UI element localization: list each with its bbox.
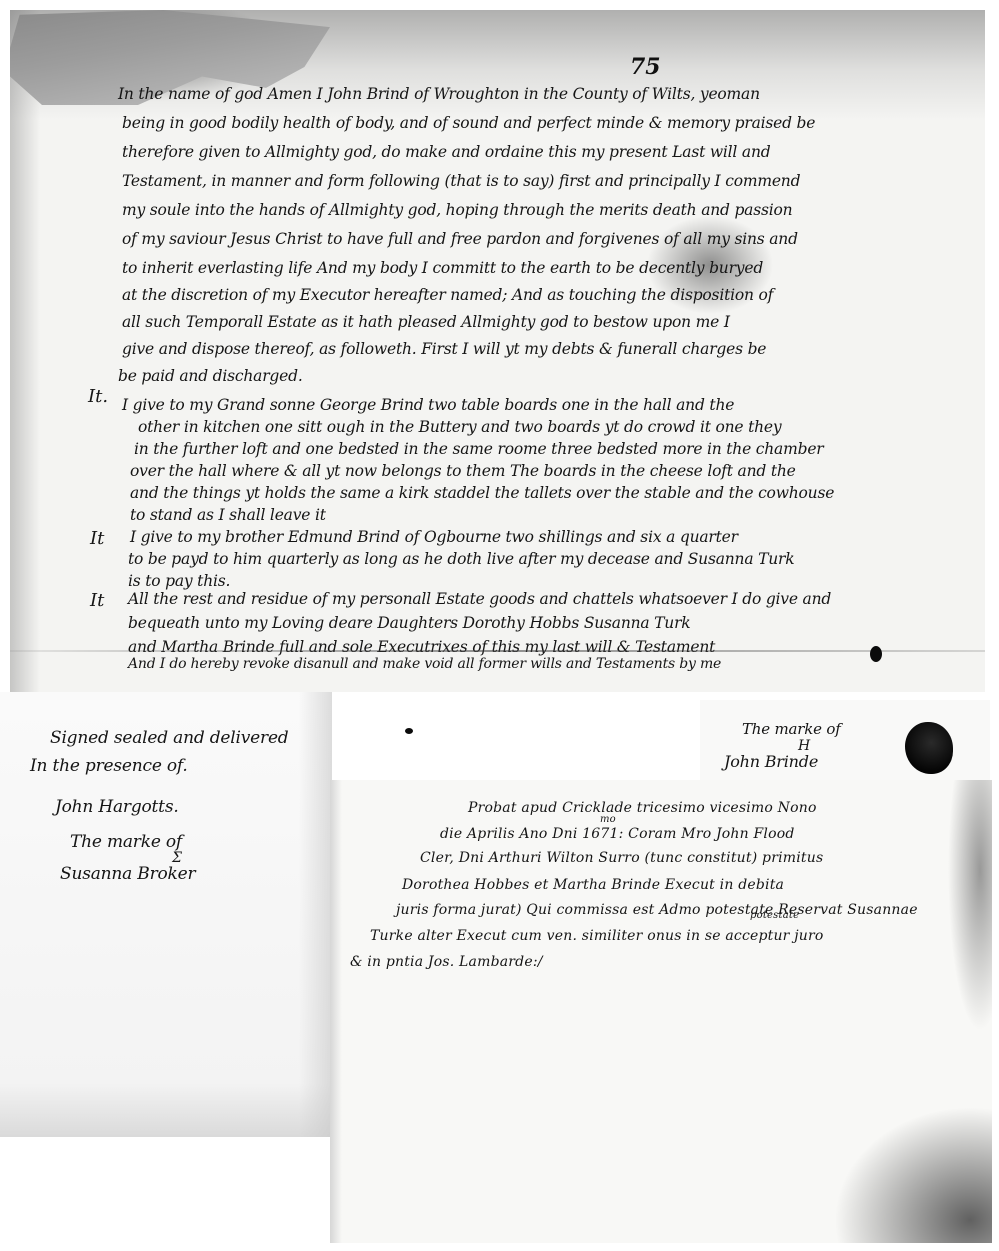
bequest-line: All the rest and residue of my personall… [128, 590, 831, 608]
bequest-line: to be payd to him quarterly as long as h… [128, 550, 794, 568]
will-sheet: 75 In the name of god Amen I John Brind … [10, 10, 985, 692]
will-line: of my saviour Jesus Christ to have full … [122, 230, 798, 248]
ink-blot [405, 728, 413, 734]
bequest-line: And I do hereby revoke disanull and make… [128, 656, 721, 672]
page-number: 75 [630, 54, 661, 80]
bequest-line: and the things yt holds the same a kirk … [130, 484, 834, 502]
will-line: at the discretion of my Executor hereaft… [122, 286, 773, 304]
witness-line: Signed sealed and delivered [50, 728, 289, 748]
will-line: Testament, in manner and form following … [122, 172, 800, 190]
bequest-line: to stand as I shall leave it [130, 506, 326, 524]
witness-line: The marke of [70, 832, 182, 852]
bequest-line: bequeath unto my Loving deare Daughters … [128, 614, 690, 632]
bequest-line: and Martha Brinde full and sole Executri… [128, 638, 715, 656]
probate-line: & in pntia Jos. Lambarde:/ [350, 954, 543, 970]
fold-crease [10, 650, 985, 652]
probate-sheet: Probat apud Cricklade tricesimo vicesimo… [330, 780, 992, 1243]
will-line: give and dispose thereof, as followeth. … [122, 340, 766, 358]
probate-line: juris forma jurat) Qui commissa est Admo… [396, 902, 918, 918]
will-line: all such Temporall Estate as it hath ple… [122, 313, 730, 331]
ink-blot [870, 646, 882, 662]
witness-name: Susanna Broker [60, 864, 195, 884]
will-line: therefore given to Allmighty god, do mak… [122, 143, 770, 161]
signature-label: The marke of [742, 720, 841, 738]
witness-name: John Hargotts. [55, 797, 179, 817]
item-margin-mark: It [90, 528, 104, 549]
item-margin-mark: It [90, 590, 104, 611]
will-line: being in good bodily health of body, and… [122, 114, 815, 132]
item-margin-mark: It. [88, 386, 108, 407]
probate-line: Turke alter Execut cum ven. similiter on… [370, 928, 824, 944]
will-line: be paid and discharged. [118, 367, 303, 385]
wax-seal-icon [905, 722, 953, 774]
will-line: my soule into the hands of Allmighty god… [122, 201, 792, 219]
probate-superscript: mo [600, 814, 616, 825]
probate-line: Probat apud Cricklade tricesimo vicesimo… [468, 800, 817, 816]
bequest-line: I give to my Grand sonne George Brind tw… [122, 396, 734, 414]
bequest-line: in the further loft and one bedsted in t… [134, 440, 824, 458]
probate-line: Cler, Dni Arthuri Wilton Surro (tunc con… [420, 850, 823, 866]
will-line: to inherit everlasting life And my body … [122, 259, 763, 277]
will-line: In the name of god Amen I John Brind of … [118, 85, 760, 103]
bequest-line: is to pay this. [128, 572, 230, 590]
bequest-line: I give to my brother Edmund Brind of Ogb… [130, 528, 738, 546]
bequest-line: over the hall where & all yt now belongs… [130, 462, 796, 480]
witness-sheet: Signed sealed and delivered In the prese… [0, 692, 332, 1137]
bequest-line: other in kitchen one sitt ough in the Bu… [138, 418, 781, 436]
testator-signature-block: The marke of H John Brinde [700, 700, 990, 780]
witness-line: In the presence of. [30, 756, 188, 776]
testator-name: John Brinde [724, 752, 818, 771]
probate-line: die Aprilis Ano Dni 1671: Coram Mro John… [440, 826, 795, 842]
probate-line: Dorothea Hobbes et Martha Brinde Execut … [402, 877, 784, 893]
